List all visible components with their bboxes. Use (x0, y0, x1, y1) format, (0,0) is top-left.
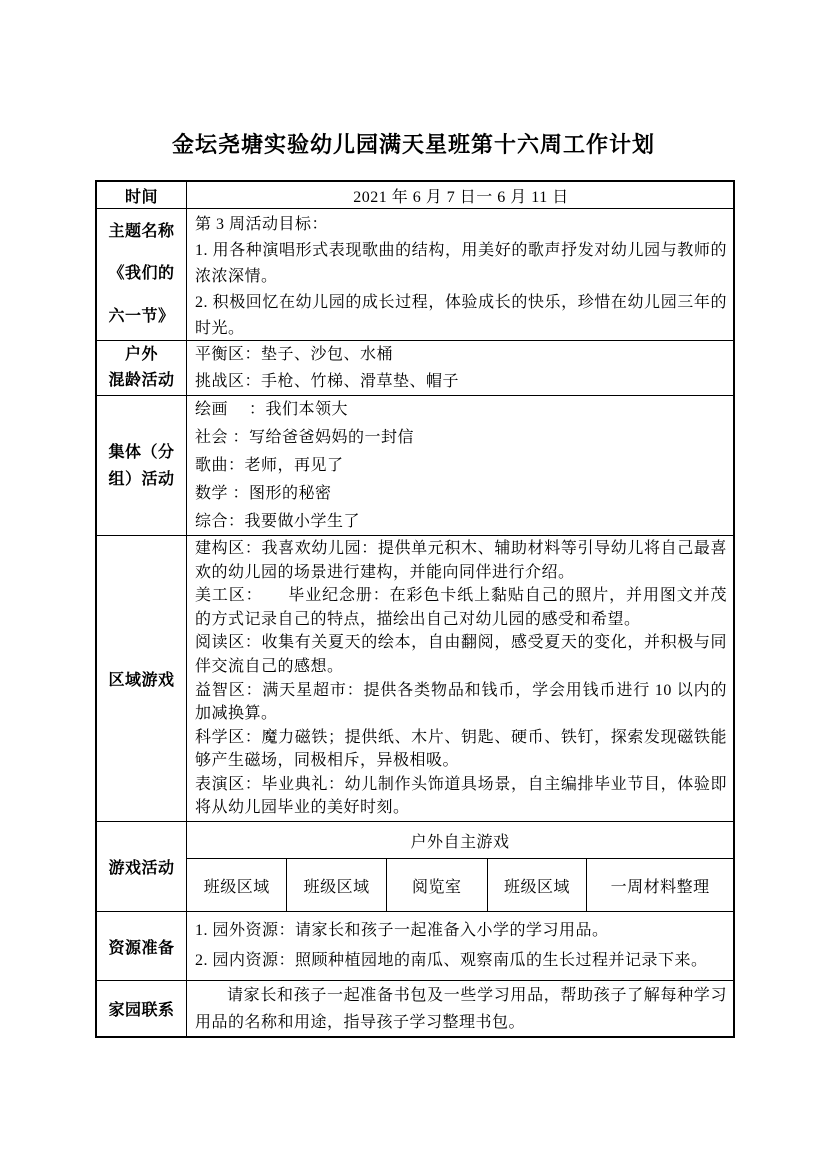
row-label-group: 集体（分 组）活动 (97, 396, 187, 535)
outdoor-line: 平衡区：垫子、沙包、水桶 (195, 341, 727, 368)
group-label-line: 组）活动 (108, 466, 174, 493)
play-cell: 班级区域 (287, 859, 386, 911)
area-zone-paragraph: 科学区：魔力磁铁；提供纸、木片、钥匙、硬币、铁钉，探索发现磁铁能够产生磁场，同极… (195, 726, 727, 773)
play-label-text: 游戏活动 (108, 855, 174, 878)
play-subtable-row: 班级区域 班级区域 阅览室 班级区域 一周材料整理 (187, 859, 733, 911)
group-line: 社会 ：写给爸爸妈妈的一封信 (195, 424, 727, 452)
table-row-play: 游戏活动 户外自主游戏 班级区域 班级区域 阅览室 班级区域 一周材料整理 (97, 821, 733, 911)
time-value: 2021 年 6 月 7 日一 6 月 11 日 (195, 184, 727, 207)
area-zone-paragraph: 美工区： 毕业纪念册：在彩色卡纸上黏贴自己的照片，并用图文并茂的方式记录自己的特… (195, 584, 727, 631)
area-label-text: 区域游戏 (108, 667, 174, 690)
row-label-theme: 主题名称 《我们的 六一节》 (97, 209, 187, 340)
home-text: 请家长和孩子一起准备书包及一些学习用品，帮助孩子了解每种学习用品的名称和用途，指… (195, 982, 727, 1036)
outdoor-line: 挑战区：手枪、竹梯、滑草垫、帽子 (195, 368, 727, 395)
resources-line: 2. 园内资源：照顾种植园地的南瓜、观察南瓜的生长过程并记录下来。 (195, 946, 727, 976)
play-content-cell: 户外自主游戏 班级区域 班级区域 阅览室 班级区域 一周材料整理 (187, 822, 733, 911)
theme-goal-item: 2. 积极回忆在幼儿园的成长过程，体验成长的快乐，珍惜在幼儿园三年的时光。 (195, 290, 727, 342)
group-content-cell: 绘画 ：我们本领大 社会 ：写给爸爸妈妈的一封信 歌曲：老师，再见了 数学 ：图… (187, 396, 733, 535)
home-label-text: 家园联系 (108, 997, 174, 1020)
table-row-outdoor: 户外 混龄活动 平衡区：垫子、沙包、水桶 挑战区：手枪、竹梯、滑草垫、帽子 (97, 340, 733, 395)
row-label-resources: 资源准备 (97, 912, 187, 980)
table-row-group: 集体（分 组）活动 绘画 ：我们本领大 社会 ：写给爸爸妈妈的一封信 歌曲：老师… (97, 395, 733, 535)
row-label-play: 游戏活动 (97, 822, 187, 911)
area-zone-paragraph: 阅读区：收集有关夏天的绘本，自由翻阅，感受夏天的变化，并积极与同伴交流自己的感想… (195, 631, 727, 678)
outdoor-content-cell: 平衡区：垫子、沙包、水桶 挑战区：手枪、竹梯、滑草垫、帽子 (187, 341, 733, 395)
play-cell: 班级区域 (488, 859, 587, 911)
group-line: 绘画 ：我们本领大 (195, 396, 727, 424)
time-content-cell: 2021 年 6 月 7 日一 6 月 11 日 (187, 182, 733, 208)
row-label-area: 区域游戏 (97, 536, 187, 821)
resources-line: 1. 园外资源：请家长和孩子一起准备入小学的学习用品。 (195, 916, 727, 946)
group-line: 歌曲：老师，再见了 (195, 452, 727, 480)
resources-content-cell: 1. 园外资源：请家长和孩子一起准备入小学的学习用品。 2. 园内资源：照顾种植… (187, 912, 733, 980)
table-row-resources: 资源准备 1. 园外资源：请家长和孩子一起准备入小学的学习用品。 2. 园内资源… (97, 911, 733, 980)
row-label-outdoor: 户外 混龄活动 (97, 341, 187, 395)
area-zone-paragraph: 建构区：我喜欢幼儿园：提供单元积木、辅助材料等引导幼儿将自己最喜欢的幼儿园的场景… (195, 537, 727, 584)
play-cell: 阅览室 (387, 859, 488, 911)
play-subtable-header: 户外自主游戏 (187, 822, 733, 859)
outdoor-label-line: 混龄活动 (108, 368, 174, 394)
theme-label-line: 主题名称 (108, 213, 174, 251)
theme-goal-item: 1. 用各种演唱形式表现歌曲的结构，用美好的歌声抒发对幼儿园与教师的浓浓深情。 (195, 238, 727, 290)
area-content-cell: 建构区：我喜欢幼儿园：提供单元积木、辅助材料等引导幼儿将自己最喜欢的幼儿园的场景… (187, 536, 733, 821)
theme-goal-title: 第 3 周活动目标： (195, 212, 727, 238)
play-cell: 班级区域 (187, 859, 287, 911)
theme-label-line: 《我们的 (108, 255, 174, 293)
area-zone-paragraph: 表演区：毕业典礼：幼儿制作头饰道具场景，自主编排毕业节目，体验即将从幼儿园毕业的… (195, 773, 727, 820)
play-cell: 一周材料整理 (587, 859, 733, 911)
group-label-line: 集体（分 (108, 439, 174, 466)
group-line: 数学 ：图形的秘密 (195, 480, 727, 508)
theme-content-cell: 第 3 周活动目标： 1. 用各种演唱形式表现歌曲的结构，用美好的歌声抒发对幼儿… (187, 209, 733, 340)
area-zone-paragraph: 益智区：满天星超市：提供各类物品和钱币，学会用钱币进行 10 以内的加减换算。 (195, 679, 727, 726)
table-row-time: 时间 2021 年 6 月 7 日一 6 月 11 日 (97, 182, 733, 208)
row-label-time-text: 时间 (125, 184, 158, 207)
group-line: 综合：我要做小学生了 (195, 508, 727, 536)
table-row-area: 区域游戏 建构区：我喜欢幼儿园：提供单元积木、辅助材料等引导幼儿将自己最喜欢的幼… (97, 535, 733, 821)
table-row-home: 家园联系 请家长和孩子一起准备书包及一些学习用品，帮助孩子了解每种学习用品的名称… (97, 980, 733, 1036)
theme-label-line: 六一节》 (108, 298, 174, 336)
home-content-cell: 请家长和孩子一起准备书包及一些学习用品，帮助孩子了解每种学习用品的名称和用途，指… (187, 981, 733, 1036)
weekly-plan-table: 时间 2021 年 6 月 7 日一 6 月 11 日 主题名称 《我们的 六一… (95, 180, 735, 1038)
table-row-theme: 主题名称 《我们的 六一节》 第 3 周活动目标： 1. 用各种演唱形式表现歌曲… (97, 208, 733, 340)
document-title: 金坛尧塘实验幼儿园满天星班第十六周工作计划 (0, 128, 827, 159)
resources-label-text: 资源准备 (108, 935, 174, 958)
outdoor-label-line: 户外 (125, 342, 158, 368)
row-label-time: 时间 (97, 182, 187, 208)
row-label-home: 家园联系 (97, 981, 187, 1036)
